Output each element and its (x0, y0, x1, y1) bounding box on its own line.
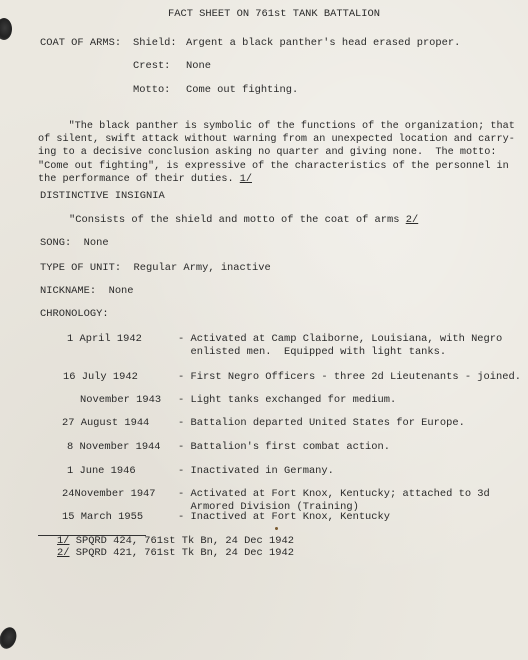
crest-key: Crest: (133, 60, 170, 73)
chronology-date: 24November 1947 (62, 488, 156, 501)
distinctive-insignia-text: "Consists of the shield and motto of the… (69, 214, 418, 227)
chronology-event: - Inactivated in Germany. (178, 465, 334, 478)
punch-hole-bottom (0, 625, 19, 651)
nickname-line: NICKNAME: None (40, 285, 134, 298)
chronology-event: enlisted men. Equipped with light tanks. (178, 346, 446, 359)
symbolism-paragraph: "The black panther is symbolic of the fu… (38, 120, 518, 186)
chronology-date: 8 November 1944 (67, 441, 161, 454)
ink-speck (275, 527, 278, 530)
chronology-event: - Activated at Fort Knox, Kentucky; atta… (178, 488, 490, 501)
chronology-event: - First Negro Officers - three 2d Lieute… (178, 371, 521, 384)
chronology-date: 16 July 1942 (63, 371, 138, 384)
coat-of-arms-label: COAT OF ARMS: (40, 37, 121, 50)
page-title: FACT SHEET ON 761st TANK BATTALION (168, 8, 380, 21)
chronology-date: 1 June 1946 (67, 465, 136, 478)
chronology-event: - Inactived at Fort Knox, Kentucky (178, 511, 390, 524)
distinctive-insignia-heading: DISTINCTIVE INSIGNIA (40, 190, 165, 203)
shield-key: Shield: (133, 37, 177, 50)
footnote-ref-2: 2/ (406, 214, 418, 226)
chronology-date: 15 March 1955 (62, 511, 143, 524)
crest-value: None (186, 60, 211, 73)
chronology-date: 1 April 1942 (67, 333, 142, 346)
motto-value: Come out fighting. (186, 84, 298, 97)
chronology-date: 27 August 1944 (62, 417, 149, 430)
chronology-heading: CHRONOLOGY: (40, 308, 109, 321)
chronology-date: November 1943 (80, 394, 161, 407)
chronology-event: - Light tanks exchanged for medium. (178, 394, 396, 407)
motto-key: Motto: (133, 84, 170, 97)
type-of-unit-line: TYPE OF UNIT: Regular Army, inactive (40, 262, 271, 275)
footnote-ref-1: 1/ (240, 174, 252, 185)
chronology-event: - Battalion's first combat action. (178, 441, 390, 454)
chronology-event: - Activated at Camp Claiborne, Louisiana… (178, 333, 502, 346)
shield-value: Argent a black panther's head erased pro… (186, 37, 460, 50)
song-line: SONG: None (40, 237, 109, 250)
punch-hole-top (0, 18, 12, 40)
footnote-2: 2/ SPQRD 421, 761st Tk Bn, 24 Dec 1942 (57, 547, 294, 560)
chronology-event: - Battalion departed United States for E… (178, 417, 465, 430)
